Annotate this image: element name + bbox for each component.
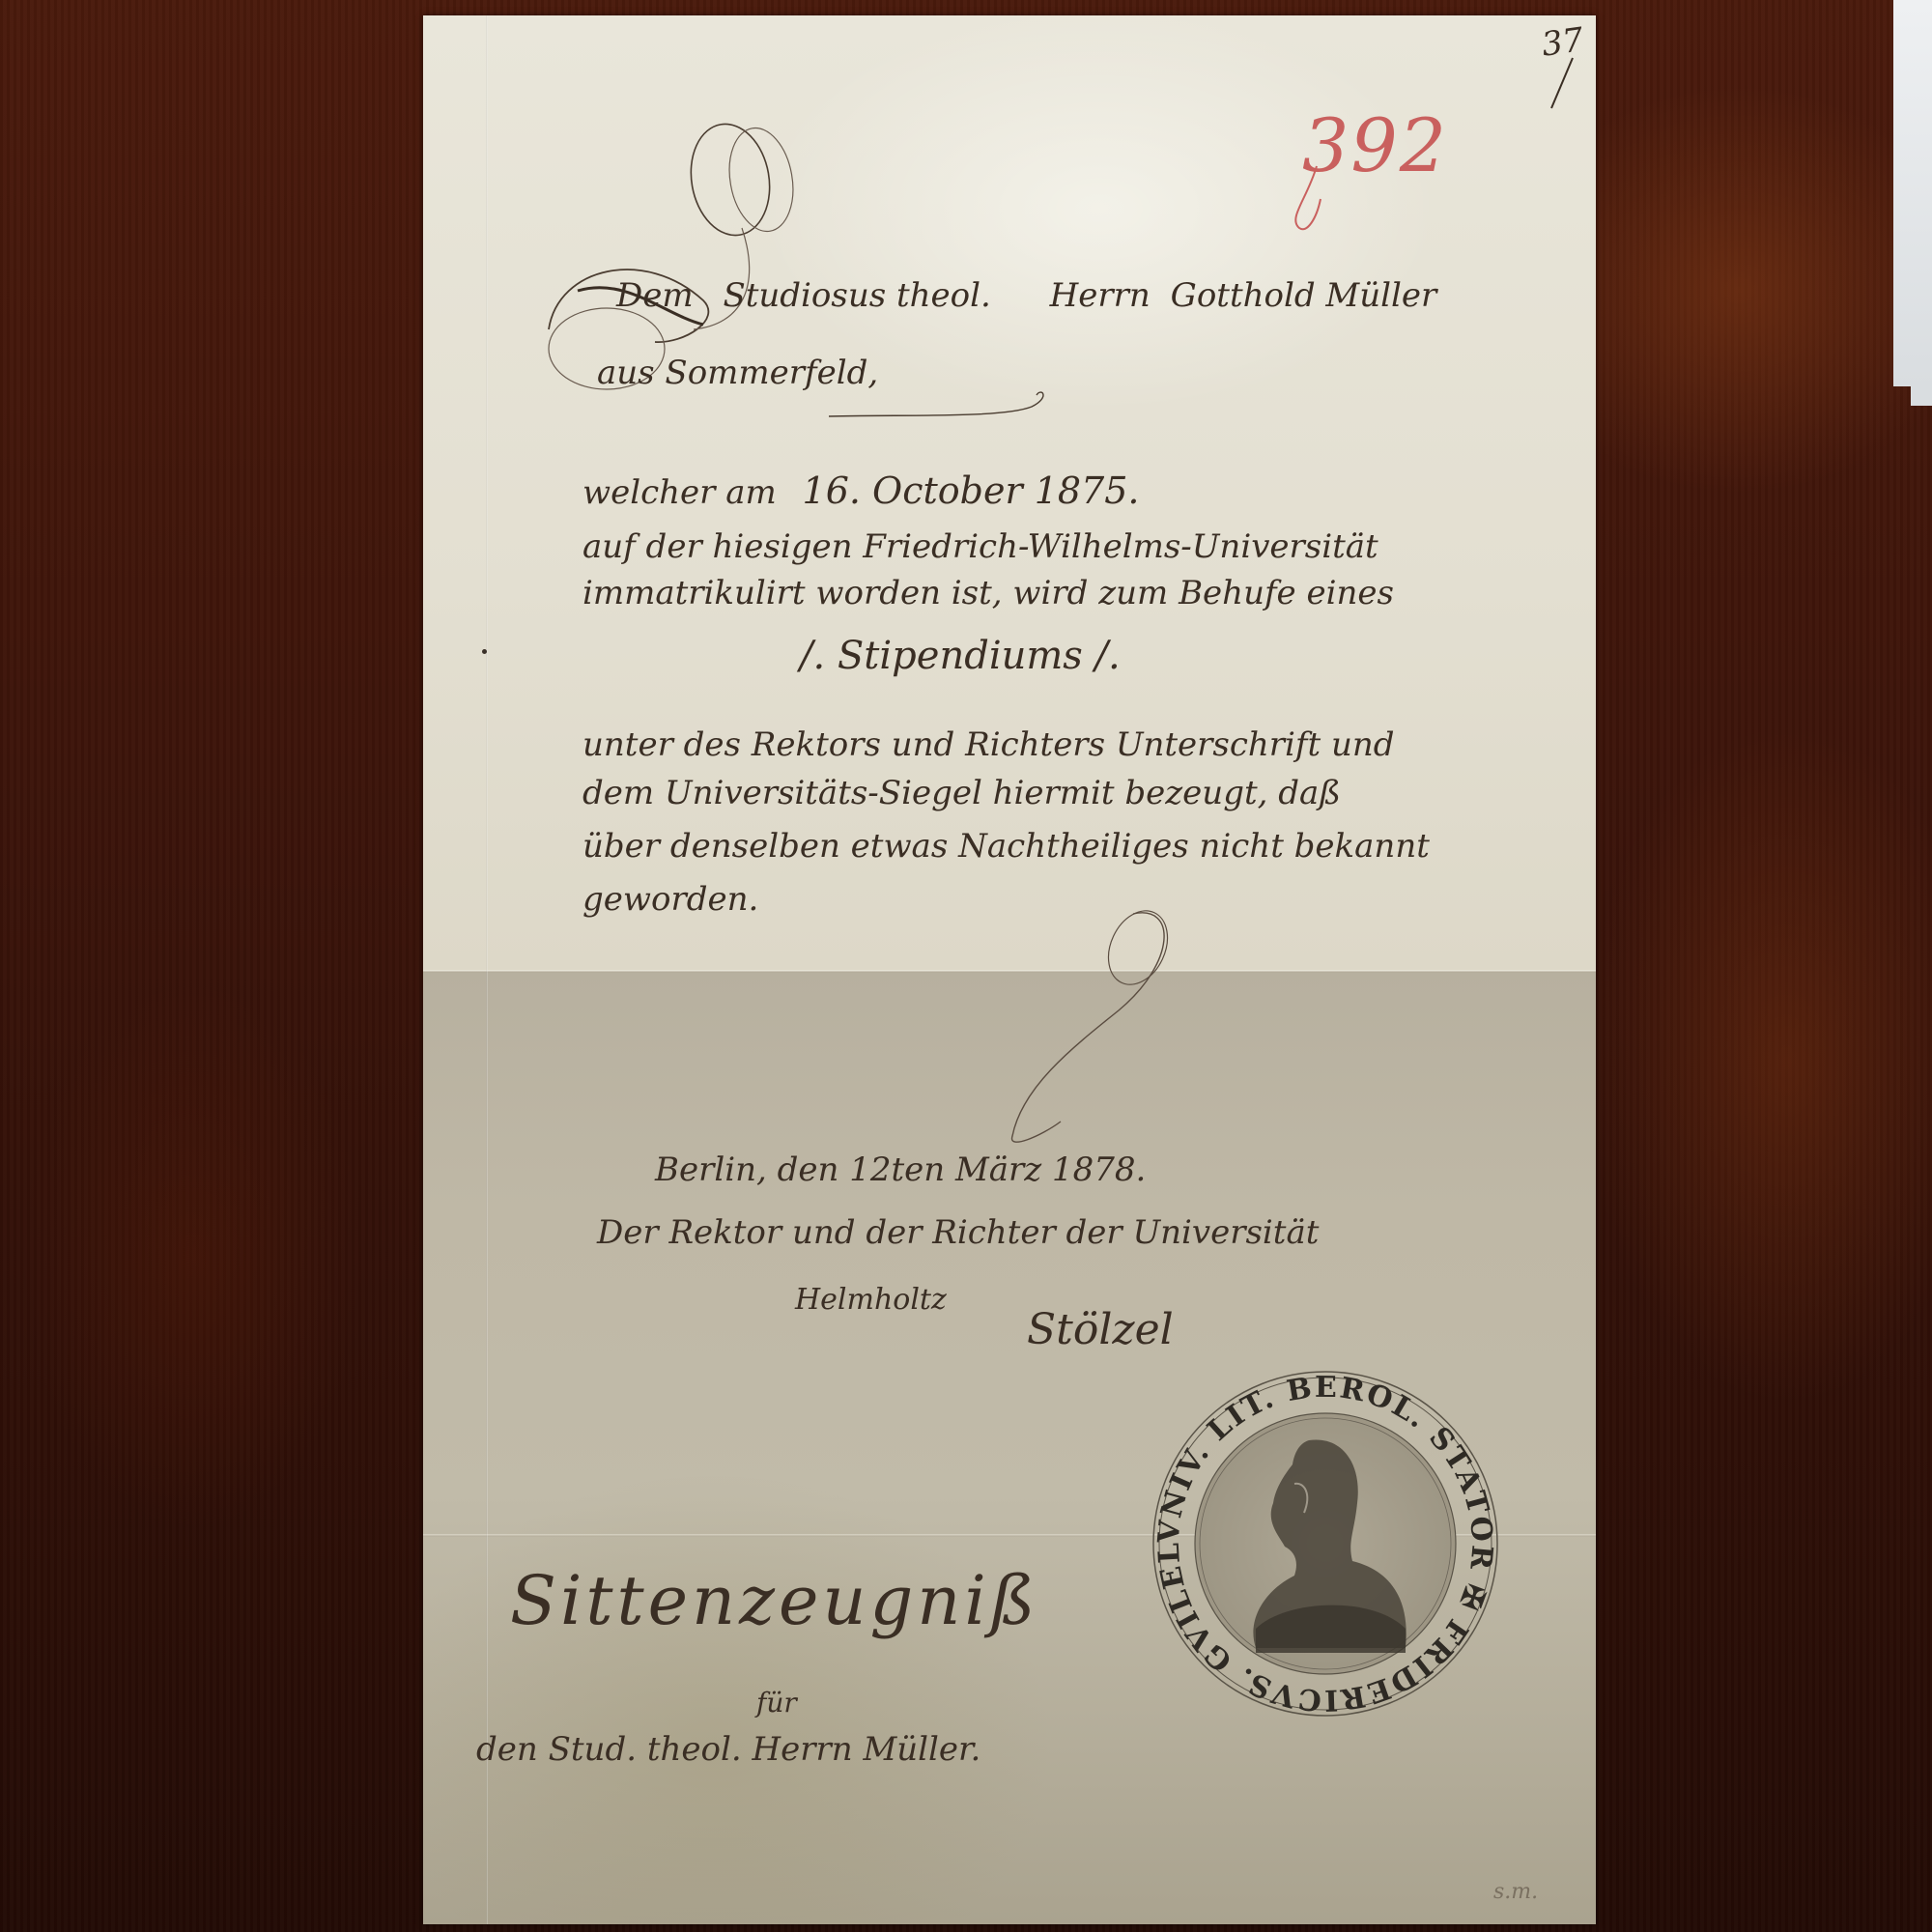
signature-rector: Helmholtz [795, 1283, 947, 1317]
recipient-honorific: Herrn [1050, 276, 1151, 315]
body-line-3: immatrikulirt worden ist, wird zum Behuf… [582, 574, 1394, 612]
background-white-corner-notch [1911, 386, 1932, 406]
document-title: Sittenzeugniß [510, 1561, 1039, 1640]
place-date: Berlin, den 12ten März 1878. [655, 1151, 1146, 1189]
recipient-line-1: Dem Studiosus theol. Herrn Gotthold Müll… [616, 276, 1436, 315]
body-line-4: unter des Rektors und Richters Unterschr… [582, 725, 1395, 764]
recipient-prefix: Dem [616, 276, 694, 315]
body-line-7: geworden. [582, 880, 758, 919]
pin-hole [482, 649, 487, 654]
recipient-title: Studiosus theol. [723, 276, 990, 315]
seal-graphic: VNIV. LIT. BEROL. STATOR ✠ FRIDERICVS. G… [1150, 1368, 1501, 1719]
signature-judge: Stölzel [1027, 1305, 1174, 1354]
authority-line: Der Rektor und der Richter der Universit… [597, 1213, 1319, 1252]
document-sheet: 37 392 Dem Studiosus theol. Herrn Gottho… [423, 15, 1596, 1924]
recipient-name: Gotthold Müller [1171, 276, 1437, 315]
body-line-2: auf der hiesigen Friedrich-Wilhelms-Univ… [582, 527, 1378, 566]
body-prefix: welcher am [582, 473, 777, 512]
horizontal-fold [423, 970, 1596, 973]
recipient-line-2: aus Sommerfeld, [597, 354, 878, 392]
corner-mark: s.m. [1493, 1880, 1538, 1904]
archive-number: 392 [1302, 102, 1448, 188]
title-subject: den Stud. theol. Herrn Müller. [476, 1730, 980, 1769]
university-seal: VNIV. LIT. BEROL. STATOR ✠ FRIDERICVS. G… [1150, 1368, 1501, 1719]
title-for: für [756, 1687, 797, 1719]
vertical-crease [486, 15, 488, 1924]
body-line-5: dem Universitäts-Siegel hiermit bezeugt,… [582, 774, 1341, 812]
body-line-6: über denselben etwas Nachtheiliges nicht… [582, 827, 1430, 866]
matriculation-date: 16. October 1875. [803, 469, 1140, 512]
stipend-line: /. Stipendiums /. [800, 634, 1121, 678]
background-white-corner [1893, 0, 1932, 386]
body-line-1: welcher am 16. October 1875. [582, 469, 1140, 512]
page-number: 37 [1539, 20, 1585, 65]
